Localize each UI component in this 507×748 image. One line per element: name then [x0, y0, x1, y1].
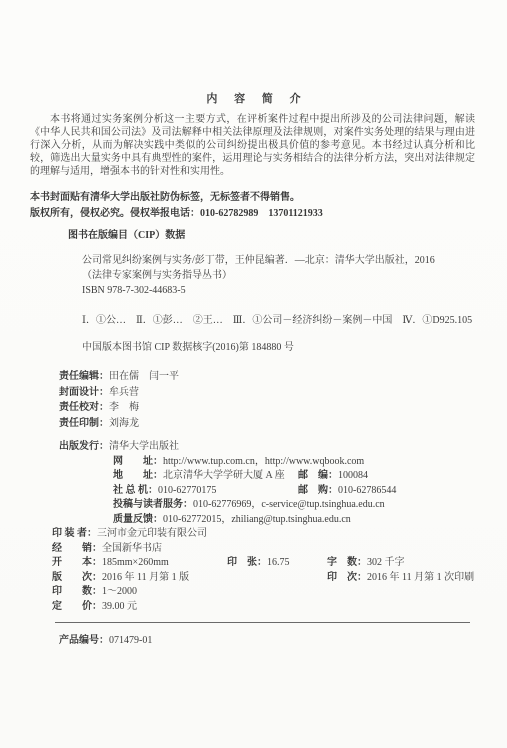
quality-feedback-label: 质量反馈： — [113, 514, 163, 525]
quality-feedback-row: 质量反馈：010-62772015，zhiliang@tup.tsinghua.… — [52, 513, 482, 528]
format-label: 开 本： — [52, 557, 102, 568]
website-value: http://www.tup.com.cn，http://www.wqbook.… — [163, 456, 364, 467]
credit-value: 李 梅 — [109, 402, 139, 413]
word-count-label: 字 数： — [327, 557, 367, 568]
intro-paragraph: 本书将通过实务案例分析这一主要方式，在评析案件过程中提出所涉及的公司法律问题，解… — [30, 113, 475, 178]
sheets-field: 印 张：16.75 — [227, 556, 290, 571]
website-label: 网 址： — [113, 456, 163, 467]
zip-label: 邮 编： — [298, 470, 338, 481]
word-count-value: 302 千字 — [367, 557, 405, 568]
zip-value: 100084 — [338, 470, 368, 481]
anti-piracy-notice: 本书封面贴有清华大学出版社防伪标签，无标签者不得销售。 版权所有，侵权必究。侵权… — [30, 190, 475, 222]
credit-row-editor: 责任编辑：田在儒 闫一平 — [59, 369, 477, 385]
sheets-label: 印 张： — [227, 557, 267, 568]
cip-series-line: （法律专家案例与实务指导丛书） — [82, 268, 477, 283]
credit-value: 牟兵营 — [109, 387, 139, 398]
print-run-row: 印 数：1～2000 — [52, 585, 482, 600]
reader-service-value: 010-62776969，c-service@tup.tsinghua.edu.… — [193, 499, 385, 510]
credit-label: 封面设计： — [59, 387, 109, 398]
price-value: 39.00 元 — [102, 601, 137, 612]
impression-value: 2016 年 11 月第 1 次印刷 — [367, 572, 474, 583]
credit-value: 田在儒 闫一平 — [109, 371, 179, 382]
edition-row: 版 次：2016 年 11 月第 1 版 印 次：2016 年 11 月第 1 … — [52, 571, 482, 586]
credit-row-print-supervisor: 责任印制：刘海龙 — [59, 416, 477, 432]
address-value: 北京清华大学学研大厦 A 座 — [163, 470, 285, 481]
zip-field: 邮 编：100084 — [298, 469, 368, 484]
switchboard-value: 010-62770175 — [158, 485, 216, 496]
colophon-block: 出版发行：清华大学出版社 网 址：http://www.tup.com.cn，h… — [52, 440, 482, 614]
mail-order-value: 010-62786544 — [338, 485, 396, 496]
copyright-page: 内 容 简 介 本书将通过实务案例分析这一主要方式，在评析案件过程中提出所涉及的… — [0, 0, 507, 748]
sheets-value: 16.75 — [267, 557, 290, 568]
switchboard-row: 社 总 机：010-62770175 邮 购：010-62786544 — [52, 484, 482, 499]
address-label: 地 址： — [113, 470, 163, 481]
credit-row-proofreader: 责任校对：李 梅 — [59, 400, 477, 416]
price-label: 定 价： — [52, 601, 102, 612]
publisher-value: 清华大学出版社 — [109, 441, 179, 452]
publisher-label: 出版发行： — [59, 441, 109, 452]
cip-title-line: 公司常见纠纷案例与实务/彭丁带，王仲昆编著．—北京：清华大学出版社，2016 — [82, 253, 477, 268]
printer-value: 三河市金元印装有限公司 — [97, 528, 207, 539]
reader-service-row: 投稿与读者服务：010-62776969，c-service@tup.tsing… — [52, 498, 482, 513]
quality-feedback-value: 010-62772015，zhiliang@tup.tsinghua.edu.c… — [163, 514, 351, 525]
price-row: 定 价：39.00 元 — [52, 600, 482, 615]
address-row: 地 址：北京清华大学学研大厦 A 座 邮 编：100084 — [52, 469, 482, 484]
word-count-field: 字 数：302 千字 — [327, 556, 405, 571]
credit-label: 责任校对： — [59, 402, 109, 413]
publisher-row: 出版发行：清华大学出版社 — [52, 440, 482, 455]
cip-block: 公司常见纠纷案例与实务/彭丁带，王仲昆编著．—北京：清华大学出版社，2016 （… — [82, 253, 477, 298]
notice-line-1: 本书封面贴有清华大学出版社防伪标签，无标签者不得销售。 — [30, 190, 475, 206]
product-number-label: 产品编号： — [59, 635, 109, 646]
cip-record-line: 中国版本图书馆 CIP 数据核字(2016)第 184880 号 — [82, 340, 477, 355]
credits-block: 责任编辑：田在儒 闫一平 封面设计：牟兵营 责任校对：李 梅 责任印制：刘海龙 — [59, 369, 477, 431]
printer-label: 印 装 者： — [52, 528, 97, 539]
credit-label: 责任编辑： — [59, 371, 109, 382]
switchboard-label: 社 总 机： — [113, 485, 158, 496]
distributor-label: 经 销： — [52, 543, 102, 554]
product-number-row: 产品编号：071479-01 — [59, 633, 477, 648]
credit-row-cover-design: 封面设计：牟兵营 — [59, 385, 477, 401]
impression-field: 印 次：2016 年 11 月第 1 次印刷 — [327, 571, 474, 586]
impression-label: 印 次： — [327, 572, 367, 583]
isbn-line: ISBN 978-7-302-44683-5 — [82, 283, 477, 298]
printer-row: 印 装 者：三河市金元印装有限公司 — [52, 527, 482, 542]
edition-label: 版 次： — [52, 572, 102, 583]
print-run-value: 1～2000 — [102, 586, 137, 597]
cip-classification-line: Ⅰ．①公… Ⅱ．①彭… ②王… Ⅲ．①公司－经济纠纷－案例－中国 Ⅳ．①D925… — [82, 313, 477, 328]
mail-order-field: 邮 购：010-62786544 — [298, 484, 396, 499]
distributor-row: 经 销：全国新华书店 — [52, 542, 482, 557]
print-run-label: 印 数： — [52, 586, 102, 597]
credit-label: 责任印制： — [59, 418, 109, 429]
cip-header: 图书在版编目（CIP）数据 — [68, 228, 507, 243]
website-row: 网 址：http://www.tup.com.cn，http://www.wqb… — [52, 455, 482, 470]
mail-order-label: 邮 购： — [298, 485, 338, 496]
distributor-value: 全国新华书店 — [102, 543, 162, 554]
reader-service-label: 投稿与读者服务： — [113, 499, 193, 510]
divider-rule — [55, 622, 470, 623]
product-number-value: 071479-01 — [109, 635, 152, 646]
credit-value: 刘海龙 — [109, 418, 139, 429]
format-value: 185mm×260mm — [102, 557, 169, 568]
edition-value: 2016 年 11 月第 1 版 — [102, 572, 189, 583]
intro-title: 内 容 简 介 — [0, 90, 507, 106]
format-row: 开 本：185mm×260mm 印 张：16.75 字 数：302 千字 — [52, 556, 482, 571]
notice-line-2: 版权所有，侵权必究。侵权举报电话：010-62782989 1370112193… — [30, 206, 475, 222]
